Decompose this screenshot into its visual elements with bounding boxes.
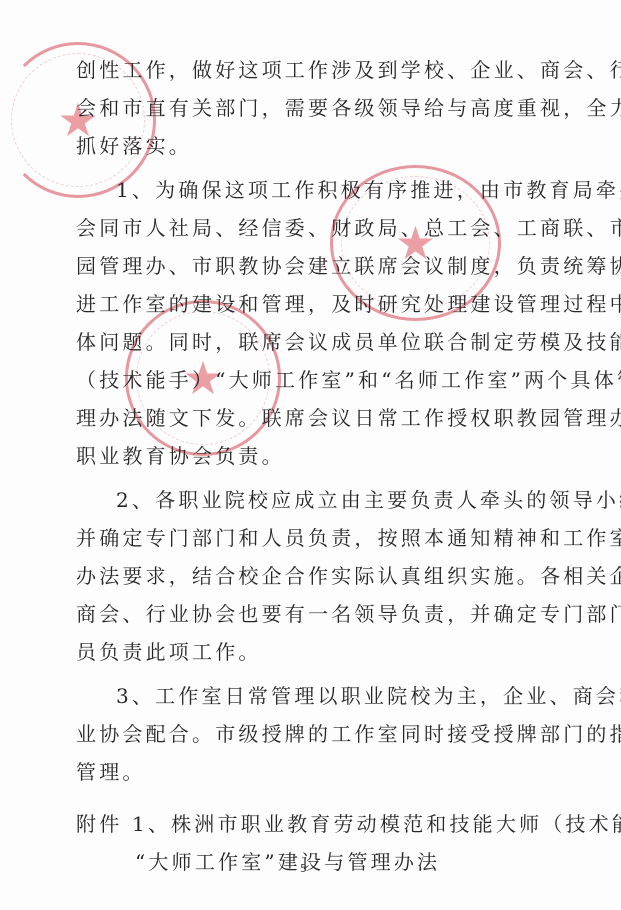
text-line: 业协会配合。市级授牌的工作室同时接受授牌部门的指导与 (76, 722, 556, 746)
text-line: 管理。 (76, 760, 556, 784)
text-line: 商会、行业协会也要有一名领导负责，并确定专门部门和人 (76, 602, 556, 626)
text-line: 体问题。同时，联席会议成员单位联合制定劳模及技能大师 (76, 330, 556, 354)
paragraph-2-start: 2、各职业院校应成立由主要负责人牵头的领导小组， (116, 488, 596, 512)
document-page: ★ ★ ★ 创性工作，做好这项工作涉及到学校、企业、商会、行业协 会和市直有关部… (0, 0, 621, 910)
text-line: 抓好落实。 (76, 134, 556, 158)
text-line: 员负责此项工作。 (76, 640, 556, 664)
text-line: 创性工作，做好这项工作涉及到学校、企业、商会、行业协 (76, 58, 556, 82)
text-line: 理办法随文下发。联席会议日常工作授权职教园管理办和市 (76, 406, 556, 430)
attachment-title-line-2: “大师工作室”建设与管理办法 (135, 850, 615, 874)
text-line: 并确定专门部门和人员负责，按照本通知精神和工作室管理 (76, 526, 556, 550)
paragraph-3-start: 3、工作室日常管理以职业院校为主，企业、商会和行 (116, 684, 596, 708)
text-line: 会同市人社局、经信委、财政局、总工会、工商联、市职教 (76, 216, 556, 240)
text-line: 办法要求，结合校企合作实际认真组织实施。各相关企业和 (76, 564, 556, 588)
attachment-title-line-1: 附件 1、株洲市职业教育劳动模范和技能大师（技术能手） (76, 812, 556, 836)
text-line: （技术能手）“大师工作室”和“名师工作室”两个具体管 (76, 368, 556, 392)
page-number: 5 (300, 862, 307, 875)
text-line: 职业教育协会负责。 (76, 444, 556, 468)
paragraph-1-start: 1、为确保这项工作积极有序推进，由市教育局牵头， (116, 178, 596, 202)
text-line: 会和市直有关部门，需要各级领导给与高度重视，全力推进， (76, 96, 556, 120)
text-line: 园管理办、市职教协会建立联席会议制度，负责统筹协调推 (76, 254, 556, 278)
text-line: 进工作室的建设和管理，及时研究处理建设管理过程中的具 (76, 292, 556, 316)
